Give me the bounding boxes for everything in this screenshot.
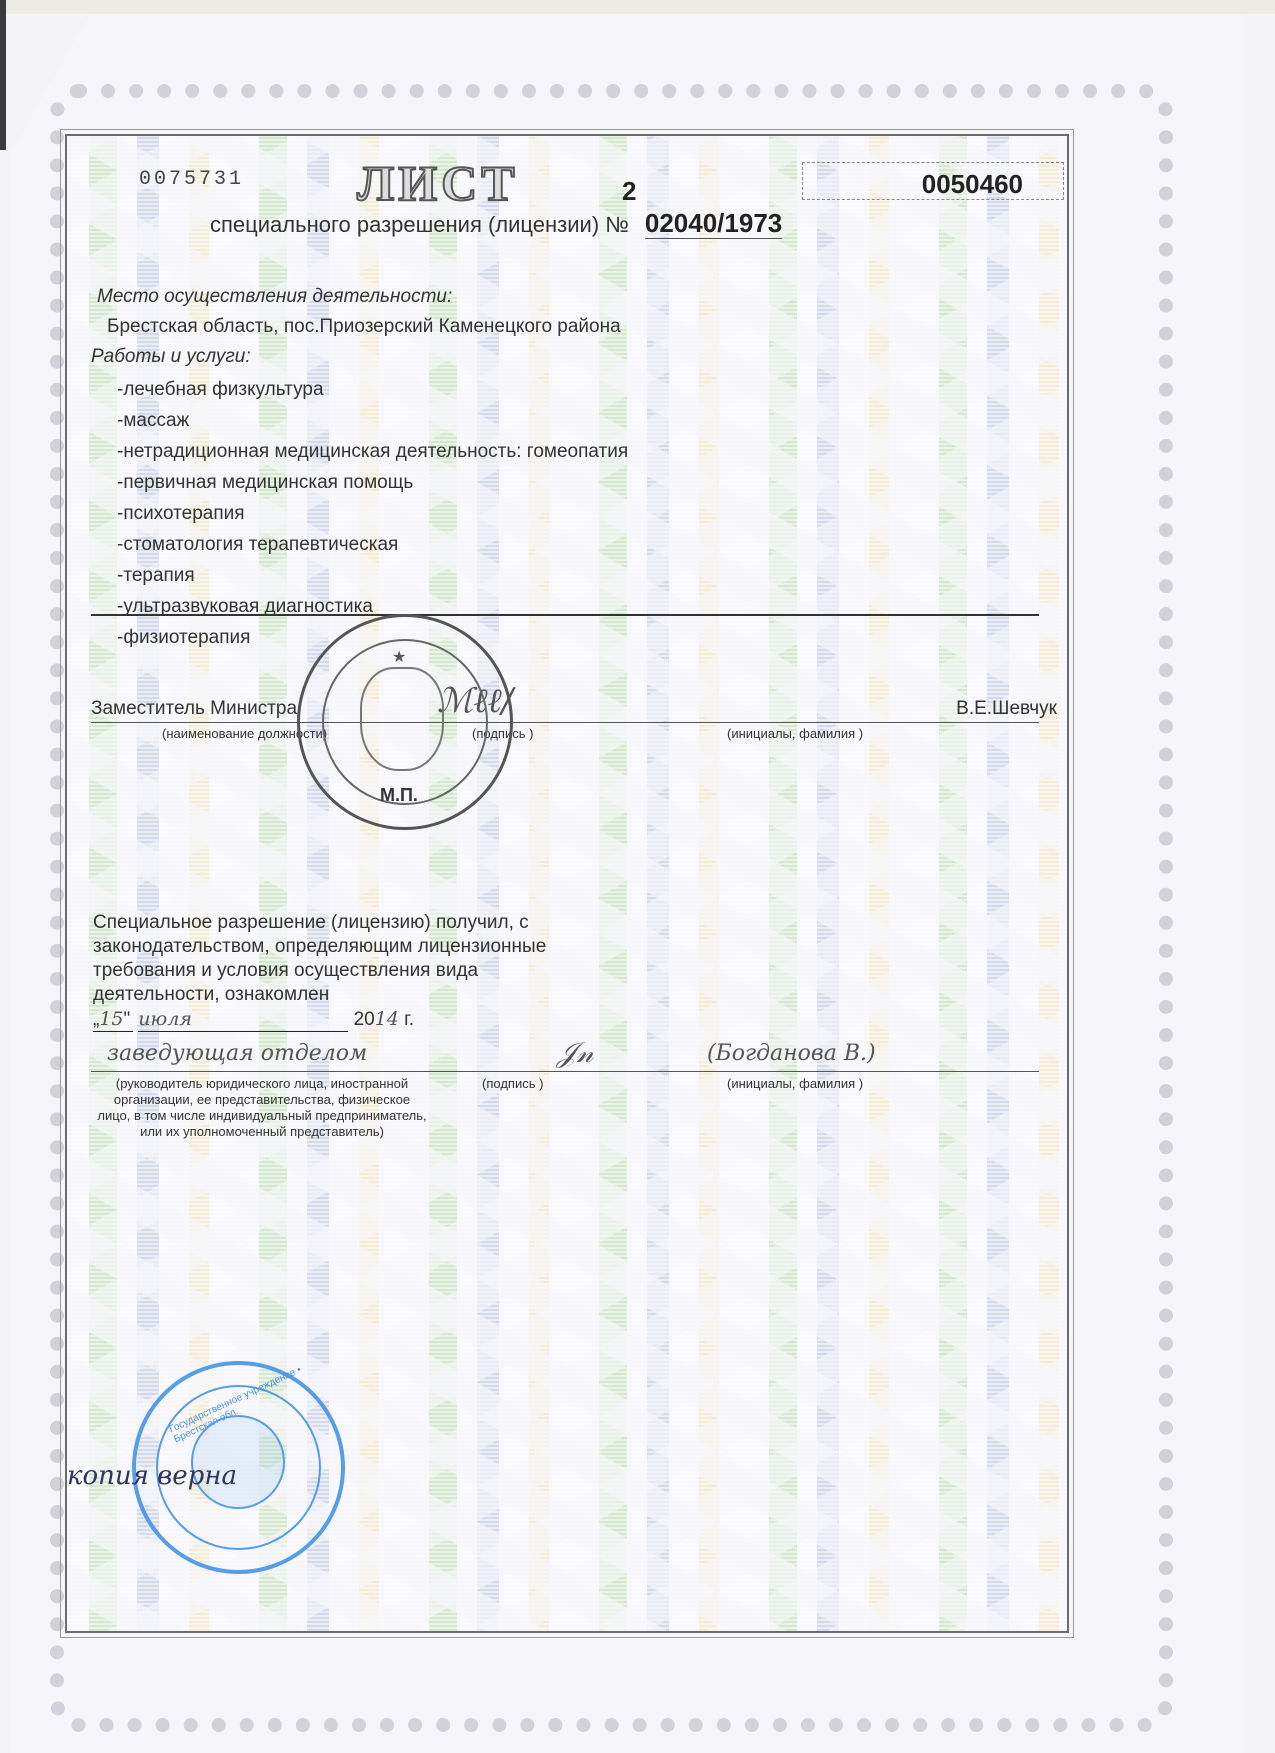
signer-name: В.Е.Шевчук (956, 698, 1057, 720)
list-item: -нетрадиционная медицинская деятельность… (117, 436, 628, 467)
date-month: июля (138, 1008, 192, 1030)
security-pattern-frame: 0075731 ЛИСТ 2 0050460 специального разр… (65, 134, 1069, 1633)
license-number: 02040/1973 (645, 208, 782, 239)
seal-label: М.П. (380, 785, 418, 806)
place-value: Брестская область, пос.Приозерский Камен… (107, 316, 621, 338)
signature-line (91, 722, 1039, 723)
holder-role-handwritten: заведующая отделом (107, 1041, 367, 1066)
place-label: Место осуществления деятельности: (97, 286, 452, 308)
date-suffix: г. (404, 1009, 414, 1030)
state-emblem-icon (360, 667, 444, 771)
star-icon: ★ (392, 647, 406, 667)
list-item: -стоматология терапевтическая (117, 529, 628, 560)
caption-holder: (руководитель юридического лица, иностра… (97, 1076, 427, 1140)
date-year-suffix: 14 (375, 1008, 399, 1030)
caption-name: (инициалы, фамилия ) (727, 1076, 863, 1092)
scan-background (0, 0, 1275, 14)
holder-signature: 𝒥𝓃 (557, 1036, 594, 1070)
license-heading: специального разрешения (лицензии) №0204… (210, 208, 782, 239)
sheet-number: 2 (622, 176, 636, 207)
caption-name: (инициалы, фамилия ) (727, 726, 863, 741)
services-label: Работы и услуги: (91, 346, 251, 368)
scan-edge (0, 0, 6, 150)
services-list: -лечебная физкультура -массаж -нетрадици… (117, 374, 628, 653)
date-year-prefix: 20 (354, 1009, 375, 1030)
list-item: -первичная медицинская помощь (117, 467, 628, 498)
signature-line (91, 1071, 1039, 1072)
date-day: 15 (99, 1008, 123, 1030)
official-seal: Міністэрства аховы здароўя Рэспублікі ★ … (297, 614, 513, 830)
holder-name-handwritten: (Богданова В.) (707, 1041, 876, 1066)
list-item: -лечебная физкультура (117, 374, 628, 405)
list-item: -ультразвуковая диагностика (117, 591, 628, 622)
list-item: -психотерапия (117, 498, 628, 529)
registration-number: 0050460 (922, 169, 1023, 200)
caption-signature: (подпись ) (482, 1076, 543, 1092)
acknowledgement-text: Специальное разрешение (лицензию) получи… (93, 911, 563, 1007)
acknowledgement-date: „15" июля 2014 г. (93, 1008, 513, 1032)
certified-copy-handwritten: копия верна (67, 1461, 237, 1491)
signer-position: Заместитель Министра (91, 698, 297, 720)
list-item: -массаж (117, 405, 628, 436)
sheet-title: ЛИСТ (357, 154, 519, 212)
blank-serial-number: 0075731 (139, 168, 244, 191)
license-heading-text: специального разрешения (лицензии) № (210, 212, 629, 237)
registration-box: 0050460 (802, 162, 1064, 200)
list-item: -терапия (117, 560, 628, 591)
license-sheet: 0075731 ЛИСТ 2 0050460 специального разр… (10, 14, 1245, 1753)
divider (91, 614, 1039, 616)
